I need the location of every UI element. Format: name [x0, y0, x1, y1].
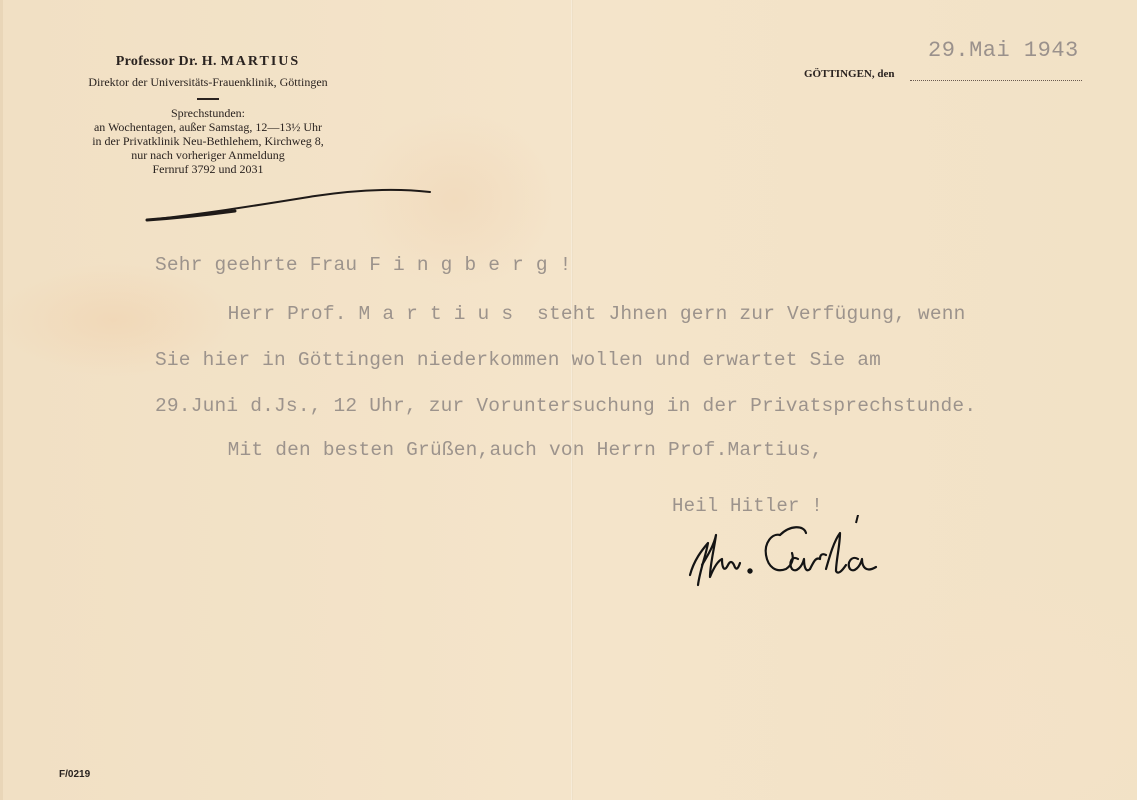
letterhead-name: Professor Dr. H. MARTIUS	[48, 54, 368, 70]
body-line: 29.Juni d.Js., 12 Uhr, zur Voruntersuchu…	[155, 395, 976, 417]
letterhead: Professor Dr. H. MARTIUS Direktor der Un…	[48, 54, 368, 176]
office-hours-line: in der Privatklinik Neu-Bethlehem, Kirch…	[48, 134, 368, 148]
date-dotted-line	[910, 70, 1082, 81]
paper-edge	[0, 0, 3, 800]
letter-date: 29.Mai 1943	[928, 38, 1079, 63]
handwritten-signature	[680, 515, 940, 595]
closing: Heil Hitler !	[672, 495, 823, 517]
body-line: Herr Prof. M a r t i u s steht Jhnen ger…	[180, 303, 966, 325]
office-hours-heading: Sprechstunden:	[48, 106, 368, 120]
letterhead-swoosh-rule	[145, 182, 435, 227]
place-label: GÖTTINGEN, den	[804, 68, 894, 80]
office-hours-line: nur nach vorheriger Anmeldung	[48, 148, 368, 162]
salutation: Sehr geehrte Frau F i n g b e r g !	[155, 254, 572, 276]
archive-reference: F/0219	[59, 769, 90, 780]
body-line: Sie hier in Göttingen niederkommen wolle…	[155, 349, 881, 371]
letterhead-title: Direktor der Universitäts-Frauenklinik, …	[48, 75, 368, 90]
letterhead-divider	[197, 98, 219, 100]
phone-line: Fernruf 3792 und 2031	[48, 162, 368, 176]
body-line: Mit den besten Grüßen,auch von Herrn Pro…	[180, 439, 823, 461]
office-hours-line: an Wochentagen, außer Samstag, 12—13½ Uh…	[48, 120, 368, 134]
